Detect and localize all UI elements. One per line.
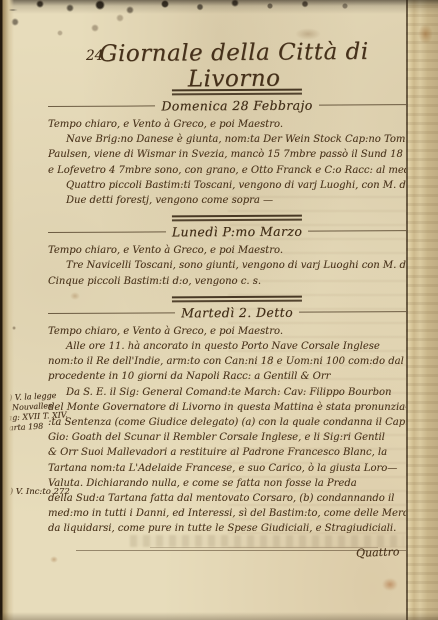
margin-note-a: (a) V. la leggedi NouvallesPag: XVII T. … [1, 390, 69, 433]
manuscript-line: Tempo chiaro, e Vento à Greco, e poi Mae… [48, 324, 426, 339]
heading-rule-left [48, 105, 155, 107]
manuscript-line: Due detti forestj, vengono come sopra — [48, 193, 426, 208]
section-double-rule [172, 89, 302, 96]
manuscript-line: Tempo chiaro, e Vento à Greco, e poi Mae… [48, 243, 426, 258]
catchword: Quattro [356, 545, 400, 560]
manuscript-line: della Sud:a Tartana fatta dal mentovato … [48, 491, 426, 506]
heading-rule-right [319, 104, 426, 106]
manuscript-line: Da S. E. il Sig: General Comand:te March… [48, 385, 426, 400]
stain [382, 578, 398, 591]
manuscript-line: Gio: Goath del Scunar il Rembler Corsale… [48, 430, 426, 445]
manuscript-line: :ta Sentenza (come Giudice delegato) (a)… [48, 415, 426, 430]
section-header: Domenica 28 Febbrajo [48, 88, 426, 114]
section-header-row: Domenica 28 Febbrajo [48, 97, 426, 114]
section-heading-text: Lunedì P:mo Marzo [172, 224, 303, 240]
entries: Domenica 28 Febbrajo Tempo chiaro, e Ven… [48, 86, 426, 544]
manuscript-line: Tartana nom:ta L'Adelaide Francese, e su… [48, 461, 426, 476]
manuscript-line: Paulsen, viene di Wismar in Svezia, manc… [48, 147, 426, 162]
entry-lines: Tempo chiaro, e Vento à Greco, e poi Mae… [48, 324, 426, 537]
entry-lines: Tempo chiaro, e Vento à Greco, e poi Mae… [48, 243, 426, 289]
manuscript-line: & Orr Suoi Mallevadori a restituire al P… [48, 445, 426, 460]
manuscript-line: procedente in 10 giorni da Napoli Racc: … [48, 369, 426, 384]
section-header: Lunedì P:mo Marzo [48, 214, 426, 240]
manuscript-line: da liquidarsi, come pure in tutte le Spe… [48, 521, 426, 536]
heading-rule-right [299, 311, 426, 313]
stain [50, 556, 58, 563]
heading-rule-left [48, 231, 166, 233]
section-header-row: Martedì 2. Detto [48, 304, 426, 321]
section-double-rule [172, 295, 302, 302]
manuscript-line: Quattro piccoli Bastim:ti Toscani, vengo… [48, 178, 426, 193]
margin-note-line: (b) V. Inc:to 272 [1, 487, 70, 497]
manuscript-line: Alle ore 11. hà ancorato in questo Porto… [48, 339, 426, 354]
section-header-row: Lunedì P:mo Marzo [48, 223, 426, 240]
manuscript-line: med:mo in tutti i Danni, ed Interessi, s… [48, 506, 426, 521]
section-heading-text: Martedì 2. Detto [181, 305, 293, 321]
manuscript-photo: { "page": { "number": "24", "title": "Gi… [0, 0, 438, 620]
section-heading-text: Domenica 28 Febbrajo [161, 98, 312, 114]
manuscript-line: e Lofevetro 4 7mbre sono, con grano, e O… [48, 163, 426, 178]
page-background: 24 Giornale della Città di Livorno Domen… [0, 0, 438, 620]
manuscript-line: nom:to il Re dell'Indie, arm:to con Can:… [48, 354, 426, 369]
manuscript-line: Valuta. Dichiarando nulla, e come se fat… [48, 476, 426, 491]
stain [12, 326, 16, 330]
bottom-rule-faint [150, 547, 378, 548]
heading-rule-right [308, 230, 426, 232]
section-double-rule [172, 215, 302, 222]
manuscript-line: Tre Navicelli Toscani, sono giunti, veng… [48, 258, 426, 273]
entry-lines: Tempo chiaro, e Vento à Greco, e poi Mae… [48, 117, 426, 208]
stain [295, 28, 321, 40]
manuscript-line: Tempo chiaro, e Vento à Greco, e poi Mae… [48, 117, 426, 132]
manuscript-line: Nave Brig:no Danese è giunta, nom:ta Der… [48, 132, 426, 147]
manuscript-line: del Monte Governatore di Livorno in ques… [48, 400, 426, 415]
section-header: Martedì 2. Detto [48, 295, 426, 321]
manuscript-line: Cinque piccoli Bastim:ti d:o, vengono c.… [48, 274, 426, 289]
heading-rule-left [48, 312, 175, 314]
margin-note-b: (b) V. Inc:to 272 [1, 487, 70, 497]
